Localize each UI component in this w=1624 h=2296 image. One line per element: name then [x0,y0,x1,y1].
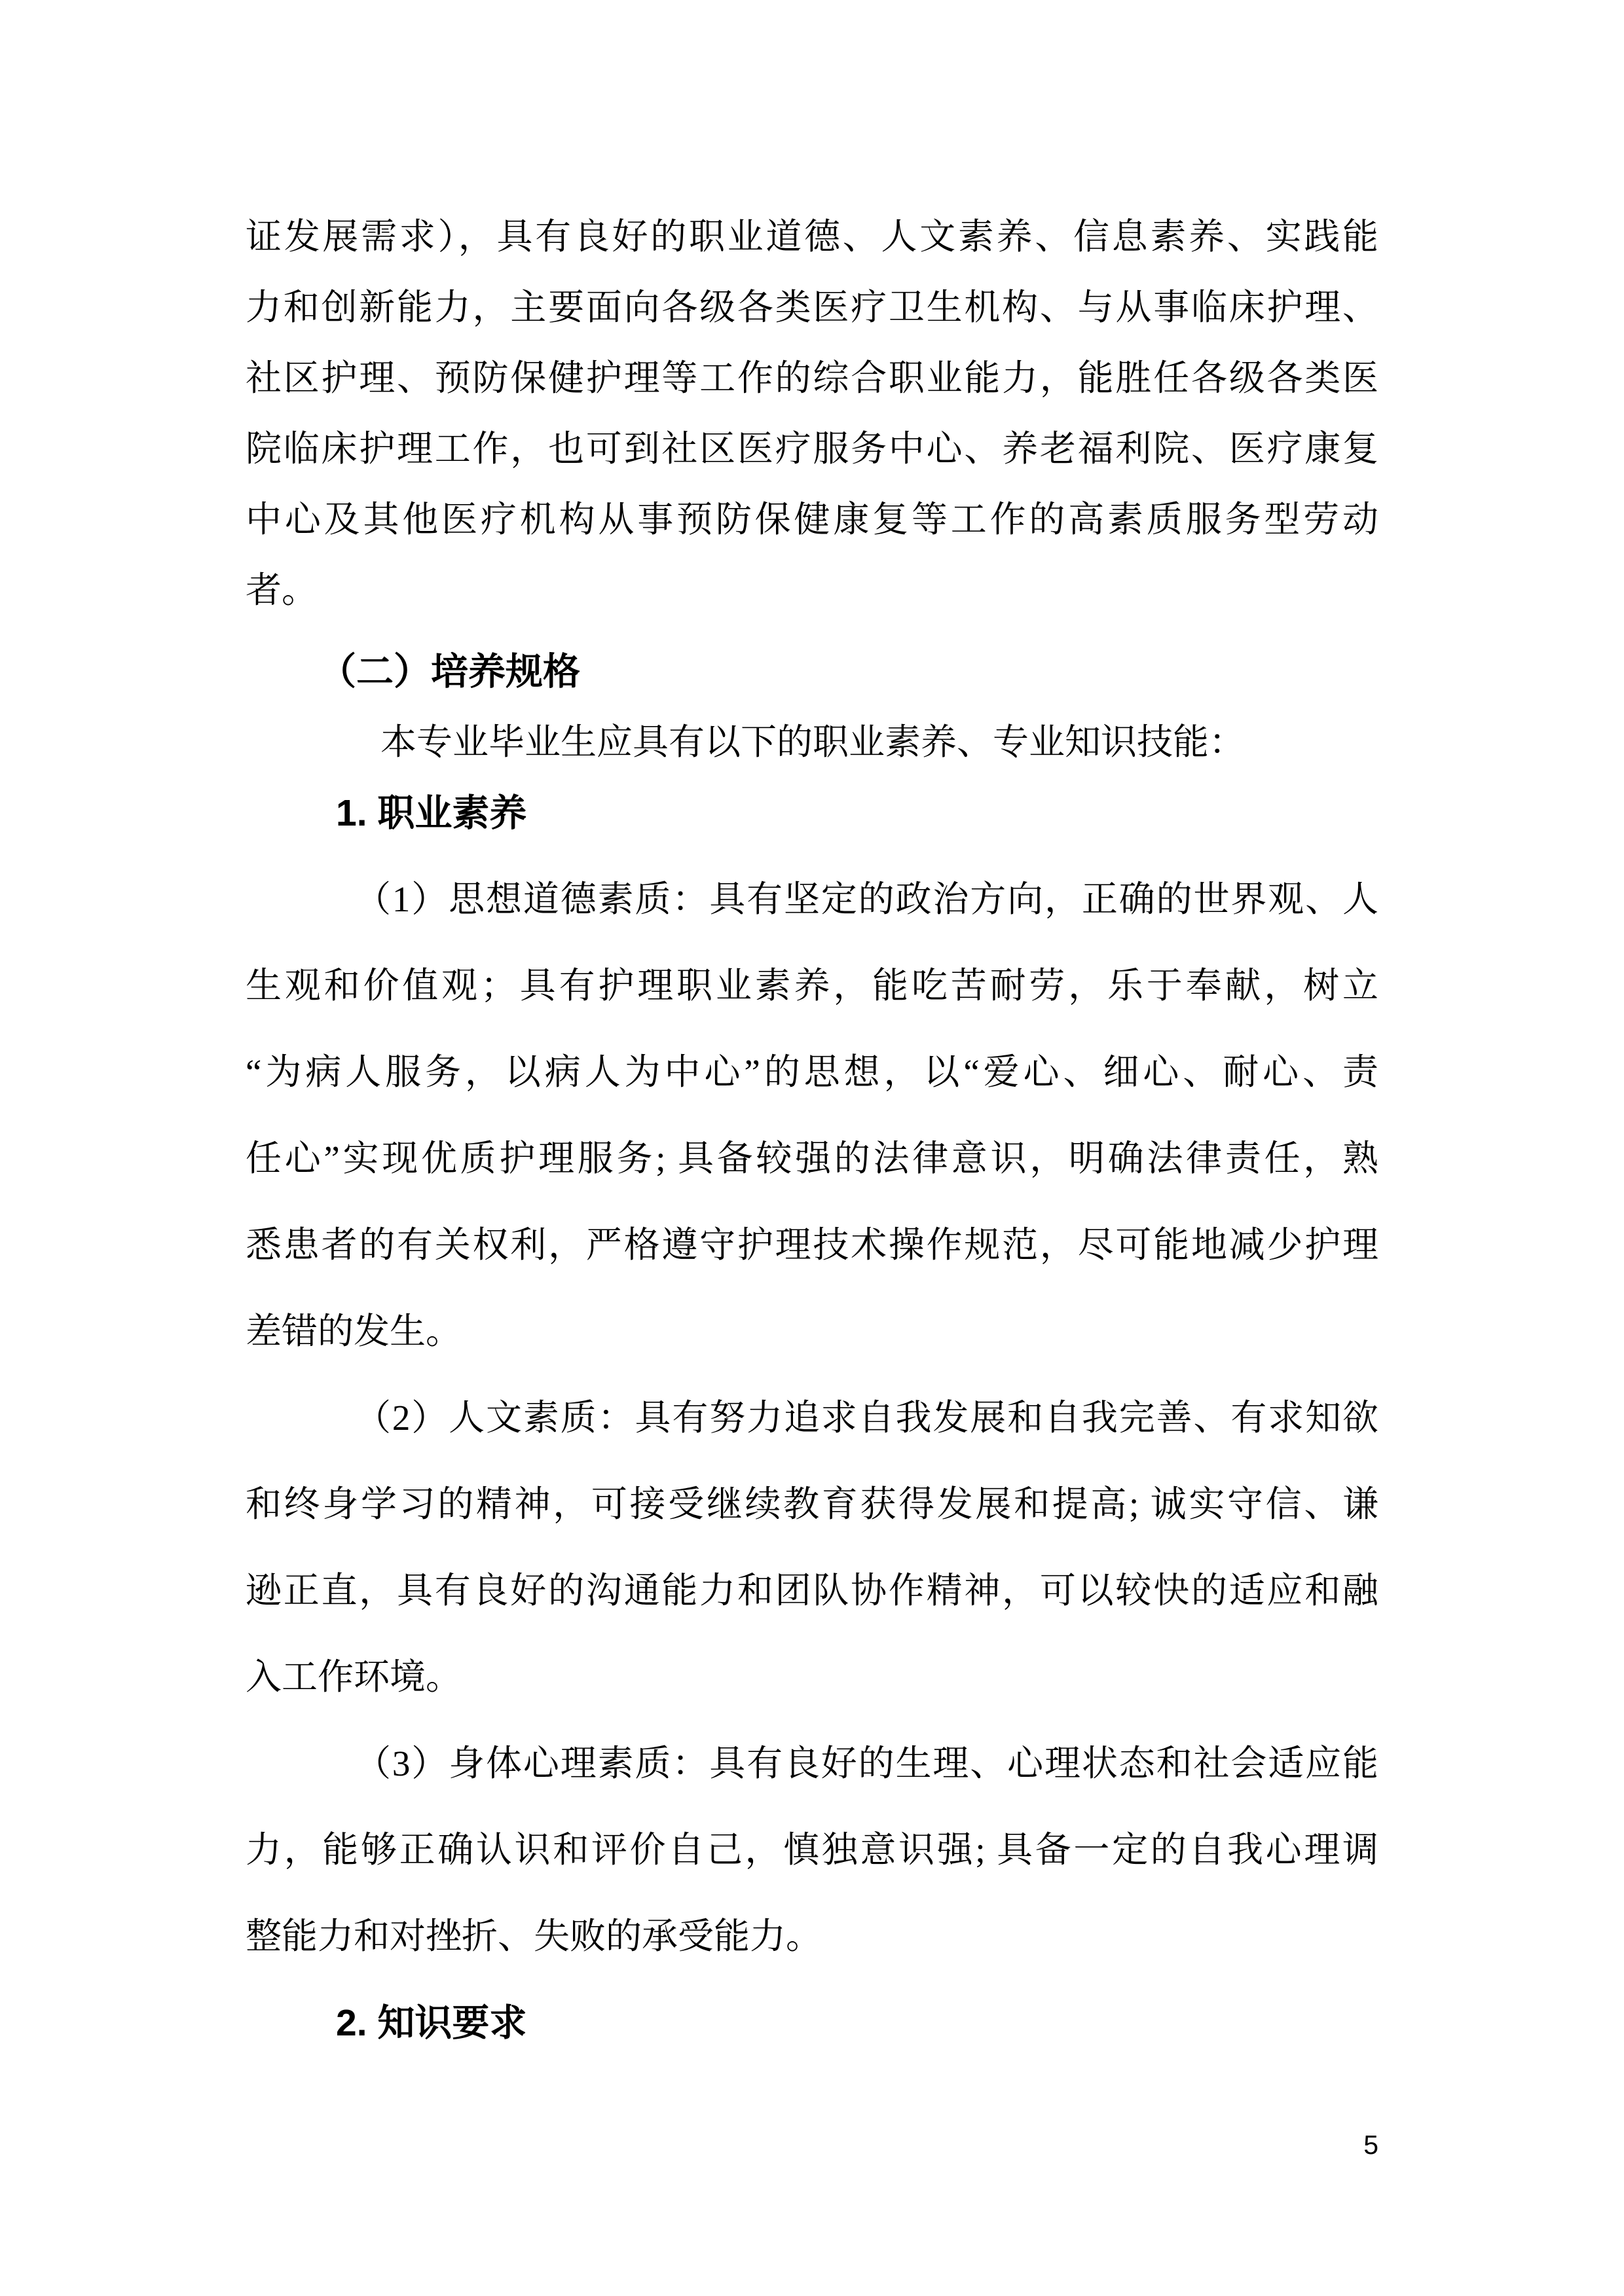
heading-professional-quality: 1. 职业素养 [246,778,1378,848]
text-line: “为病人服务，以病人为中心”的思想，以“爱心、细心、耐心、责 [246,1029,1378,1116]
text-line: （1）思想道德素质：具有坚定的政治方向，正确的世界观、人 [246,856,1378,943]
text-line: 整能力和对挫折、失败的承受能力。 [246,1893,1378,1980]
paragraph-training-objective-continued: 证发展需求），具有良好的职业道德、人文素养、信息素养、实践能 力和创新能力，主要… [246,202,1378,626]
text-line: 力，能够正确认识和评价自己，慎独意识强; 具备一定的自我心理调 [246,1807,1378,1893]
heading-training-specification: （二）培养规格 [246,636,1378,707]
text-line: 院临床护理工作，也可到社区医疗服务中心、养老福利院、医疗康复 [246,414,1378,484]
paragraph-graduate-overview: 本专业毕业生应具有以下的职业素养、专业知识技能： [246,707,1378,778]
heading-knowledge-requirement: 2. 知识要求 [246,1980,1378,2066]
page-body: 证发展需求），具有良好的职业道德、人文素养、信息素养、实践能 力和创新能力，主要… [246,202,1378,2066]
text-line: 中心及其他医疗机构从事预防保健康复等工作的高素质服务型劳动 [246,484,1378,555]
text-line: 证发展需求），具有良好的职业道德、人文素养、信息素养、实践能 [246,202,1378,272]
text-line: 生观和价值观；具有护理职业素养，能吃苦耐劳，乐于奉献，树立 [246,943,1378,1029]
text-line: 者。 [246,555,1378,626]
text-line: 和终身学习的精神，可接受继续教育获得发展和提高; 诚实守信、谦 [246,1461,1378,1548]
text-line: 悉患者的有关权利，严格遵守护理技术操作规范，尽可能地减少护理 [246,1202,1378,1288]
text-line: 本专业毕业生应具有以下的职业素养、专业知识技能： [246,707,1378,778]
paragraph-humanistic-quality: （2）人文素质：具有努力追求自我发展和自我完善、有求知欲 和终身学习的精神，可接… [246,1375,1378,1721]
text-line: 入工作环境。 [246,1634,1378,1721]
text-line: 力和创新能力，主要面向各级各类医疗卫生机构、与从事临床护理、 [246,272,1378,343]
text-line: 社区护理、预防保健护理等工作的综合职业能力，能胜任各级各类医 [246,343,1378,414]
text-line: 任心”实现优质护理服务; 具备较强的法律意识，明确法律责任，熟 [246,1116,1378,1202]
document-page: 证发展需求），具有良好的职业道德、人文素养、信息素养、实践能 力和创新能力，主要… [0,0,1624,2296]
paragraph-physical-psychological-quality: （3）身体心理素质：具有良好的生理、心理状态和社会适应能 力，能够正确认识和评价… [246,1721,1378,1980]
text-line: 逊正直，具有良好的沟通能力和团队协作精神，可以较快的适应和融 [246,1548,1378,1634]
text-line: 差错的发生。 [246,1288,1378,1375]
text-line: （3）身体心理素质：具有良好的生理、心理状态和社会适应能 [246,1721,1378,1807]
page-number: 5 [1363,2129,1378,2160]
paragraph-ideological-moral-quality: （1）思想道德素质：具有坚定的政治方向，正确的世界观、人 生观和价值观；具有护理… [246,856,1378,1375]
text-line: （2）人文素质：具有努力追求自我发展和自我完善、有求知欲 [246,1375,1378,1461]
